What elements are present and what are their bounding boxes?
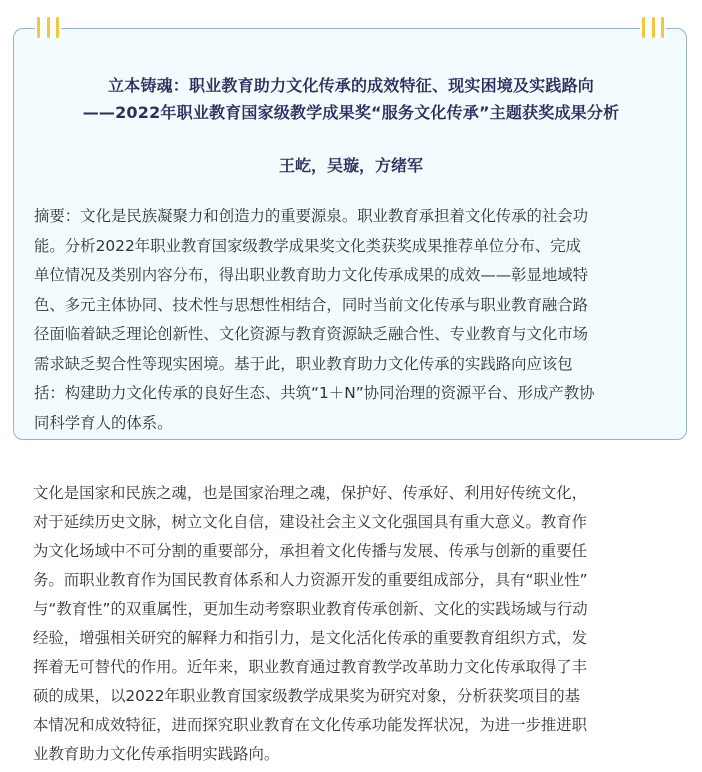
abstract-line: 同科学育人的体系。 xyxy=(34,409,670,439)
decoration-bars-left-icon xyxy=(35,17,61,38)
abstract-line: 能。分析2022年职业教育国家级教学成果奖文化类获奖成果推荐单位分布、完成 xyxy=(34,232,670,262)
article-title: 立本铸魂：职业教育助力文化传承的成效特征、现实困境及实践路向 ——2022年职业… xyxy=(0,72,702,126)
abstract-line: 需求缺乏契合性等现实困境。基于此，职业教育助力文化传承的实践路向应该包 xyxy=(34,350,670,380)
authors: 王屹，吴璇，方绪军 xyxy=(0,154,702,178)
body-line: 文化是国家和民族之魂，也是国家治理之魂，保护好、传承好、利用好传统文化， xyxy=(33,479,673,508)
title-line-subtitle: ——2022年职业教育国家级教学成果奖“服务文化传承”主题获奖成果分析 xyxy=(0,99,702,126)
body-line: 本情况和成效特征，进而探究职业教育在文化传承功能发挥状况，为进一步推进职 xyxy=(33,711,673,740)
abstract-text: 摘要：文化是民族凝聚力和创造力的重要源泉。职业教育承担着文化传承的社会功 能。分… xyxy=(34,202,670,438)
body-line: 为文化场域中不可分割的重要部分，承担着文化传播与发展、传承与创新的重要任 xyxy=(33,537,673,566)
abstract-line: 摘要：文化是民族凝聚力和创造力的重要源泉。职业教育承担着文化传承的社会功 xyxy=(34,202,670,232)
body-line: 挥着无可替代的作用。近年来，职业教育通过教育教学改革助力文化传承取得了丰 xyxy=(33,653,673,682)
decoration-bars-right-icon xyxy=(640,17,666,38)
body-line: 对于延续历史文脉，树立文化自信，建设社会主义文化强国具有重大意义。教育作 xyxy=(33,508,673,537)
abstract-line: 径面临着缺乏理论创新性、文化资源与教育资源缺乏融合性、专业教育与文化市场 xyxy=(34,320,670,350)
body-line: 务。而职业教育作为国民教育体系和人力资源开发的重要组成部分，具有“职业性” xyxy=(33,566,673,595)
body-line: 业教育助力文化传承指明实践路向。 xyxy=(33,740,673,769)
title-line-main: 立本铸魂：职业教育助力文化传承的成效特征、现实困境及实践路向 xyxy=(0,72,702,99)
abstract-line: 色、多元主体协同、技术性与思想性相结合，同时当前文化传承与职业教育融合路 xyxy=(34,291,670,321)
body-line: 与“教育性”的双重属性，更加生动考察职业教育传承创新、文化的实践场域与行动 xyxy=(33,595,673,624)
body-line: 经验，增强相关研究的解释力和指引力，是文化活化传承的重要教育组织方式，发 xyxy=(33,624,673,653)
abstract-line: 单位情况及类别内容分布，得出职业教育助力文化传承成果的成效——彰显地域特 xyxy=(34,261,670,291)
abstract-line: 括：构建助力文化传承的良好生态、共筑“1＋N”协同治理的资源平台、形成产教协 xyxy=(34,379,670,409)
body-paragraph: 文化是国家和民族之魂，也是国家治理之魂，保护好、传承好、利用好传统文化， 对于延… xyxy=(33,479,673,769)
body-line: 硕的成果，以2022年职业教育国家级教学成果奖为研究对象，分析获奖项目的基 xyxy=(33,682,673,711)
